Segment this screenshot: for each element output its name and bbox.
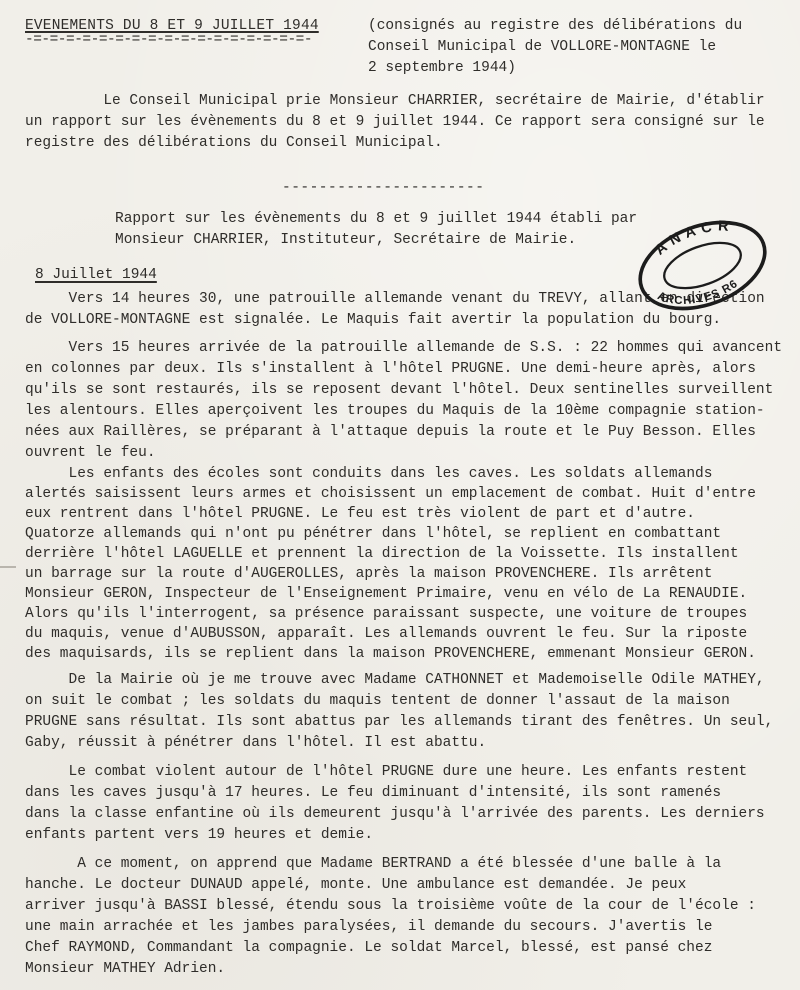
section-heading-date: 8 Juillet 1944 <box>35 265 157 286</box>
archive-stamp-graphic: ANACR ARCHIVES R6 <box>625 208 780 323</box>
paragraph-wounded: A ce moment, on apprend que Madame BERTR… <box>25 854 800 980</box>
title-block: EVENEMENTS DU 8 ET 9 JUILLET 1944 -=-=-=… <box>25 16 368 51</box>
svg-text:ANACR: ANACR <box>650 209 740 262</box>
paragraph-combat-details: Les enfants des écoles sont conduits dan… <box>25 464 800 664</box>
registry-note: (consignés au registre des délibérations… <box>368 16 742 79</box>
dashed-separator: ---------------------- <box>282 178 800 199</box>
document-page: EVENEMENTS DU 8 ET 9 JUILLET 1944 -=-=-=… <box>0 0 800 990</box>
intro-paragraph: Le Conseil Municipal prie Monsieur CHARR… <box>25 91 800 154</box>
stamp-top-text: ANACR <box>650 209 740 262</box>
document-header: EVENEMENTS DU 8 ET 9 JUILLET 1944 -=-=-=… <box>25 16 800 79</box>
archive-stamp: ANACR ARCHIVES R6 <box>625 208 780 323</box>
paragraph-patrol-arrival: Vers 15 heures arrivée de la patrouille … <box>25 338 800 464</box>
paragraph-combat-duration: Le combat violent autour de l'hôtel PRUG… <box>25 762 800 846</box>
margin-mark <box>0 566 16 568</box>
paragraph-mairie-view: De la Mairie où je me trouve avec Madame… <box>25 670 800 754</box>
